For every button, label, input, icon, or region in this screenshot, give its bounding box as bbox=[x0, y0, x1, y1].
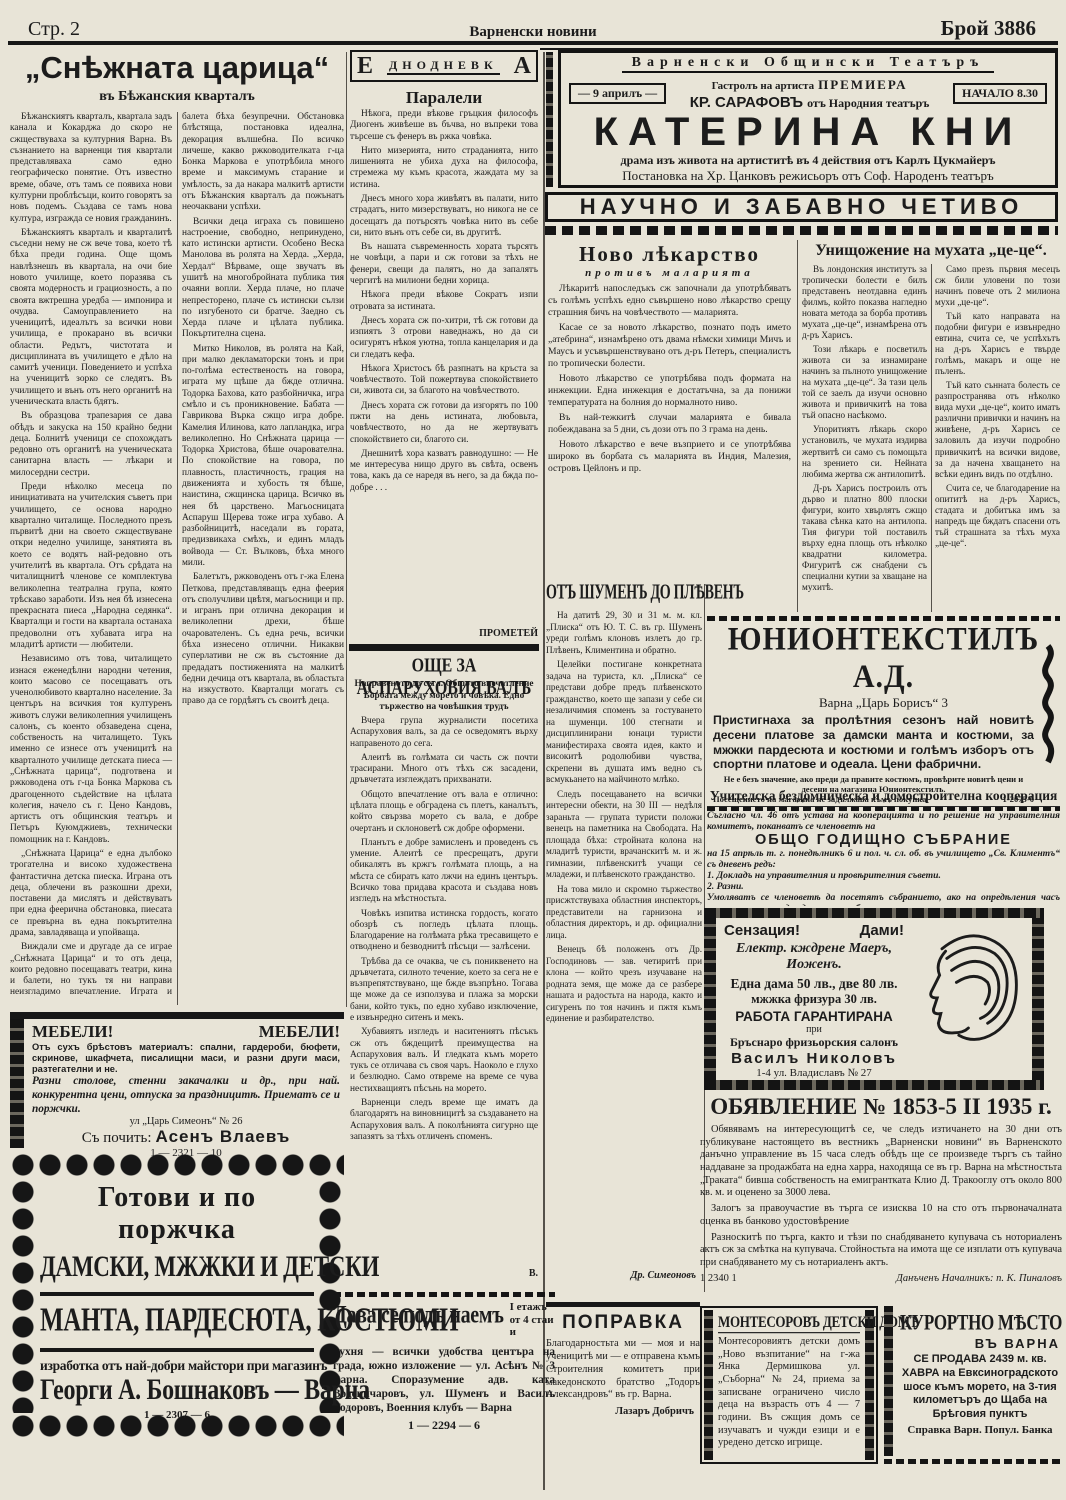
paragraph: Човѣкъ изпитва истинска гордость, когато… bbox=[350, 909, 538, 954]
paraleli-body: Нѣкога, преди вѣкове гръцкия философъ Ди… bbox=[350, 109, 538, 627]
boshnakov-name: Георги А. Бошнаковъ — Варна bbox=[40, 1374, 314, 1408]
coop-intro: Съгласно чл. 46 отъ устава на кооперация… bbox=[707, 810, 1060, 832]
boshnakov-line1: Готови и по поржчка bbox=[40, 1182, 314, 1246]
ednodnevka-box: Е ДНОДНЕВК А bbox=[350, 50, 538, 82]
paragraph: Д-ръ Харисъ построилъ отъ дърво и платно… bbox=[802, 483, 927, 593]
ednodnevka-letter-last: А bbox=[514, 53, 531, 80]
paragraph: Тъй като сънната болесть се разпространя… bbox=[935, 380, 1060, 479]
obyavlenie-body: Обявявамъ на интересующитѣ се, че следъ … bbox=[700, 1124, 1062, 1270]
article-snow-queen: „Снѣжната царица“ въ Бѣжанския кварталъ bbox=[10, 50, 344, 105]
montessori-body: Монтесоровиятъ детски домъ „Ново възпита… bbox=[718, 1336, 860, 1450]
coop-item2: 2. Разни. bbox=[707, 881, 1060, 892]
paragraph: Нѣкога Христосъ бѣ разпнатъ на кръста за… bbox=[350, 364, 538, 398]
paragraph: Днесъ хората сж по-хитри, тѣ сж готови д… bbox=[350, 316, 538, 361]
masthead: Варненски новини bbox=[0, 24, 1066, 41]
resort-body: СЕ ПРОДАВА 2439 м. кв. ХАВРА на Евксиног… bbox=[900, 1353, 1060, 1422]
paragraph: Трѣбва да се очаква, че съ пониквенето н… bbox=[350, 957, 538, 1025]
sensation-text: Сензация! Дами! Електр. кждрене Маеръ, И… bbox=[724, 922, 904, 1079]
popravka-section: ПОПРАВКА Благодарностьта ми — моя и на у… bbox=[546, 1312, 700, 1417]
paragraph: Въ най-тежкитѣ случаи маларията е бивала… bbox=[548, 412, 791, 436]
ednodnevka-middle: ДНОДНЕВК bbox=[387, 58, 500, 75]
issue-number: Брой 3886 bbox=[941, 16, 1036, 41]
paragraph: Балетътъ, ржководенъ отъ г-жа Елена Петк… bbox=[182, 572, 344, 707]
new-medicine-subtitle: противъ маларията bbox=[548, 267, 791, 279]
sensation-line5: при bbox=[724, 1024, 904, 1035]
paragraph: Касае се за новото лѣкарство, познато по… bbox=[548, 322, 791, 370]
theater-actor-suffix: отъ Народния театъръ bbox=[807, 96, 929, 110]
uniontextile-address: Варна „Царь Борисъ“ 3 bbox=[707, 695, 1060, 711]
resort-title: КУРОРТНО МѢСТО bbox=[900, 1310, 1060, 1336]
paragraph: Въ образцова трапезария се дава обѣдъ и … bbox=[10, 411, 172, 479]
divider bbox=[797, 240, 798, 612]
paragraph: Алеитѣ въ голѣмата си часть сж почти тра… bbox=[350, 753, 538, 787]
ad-border-top bbox=[10, 1152, 344, 1179]
ad-border-bottom bbox=[884, 1459, 1062, 1464]
divider bbox=[346, 52, 347, 1007]
ad-border-top bbox=[704, 908, 1044, 918]
boshnakov-ad: Готови и по поржчка ДАМСКИ, МЖЖКИ И ДЕТС… bbox=[10, 1152, 344, 1440]
sensation-line6: Бръснаро фризьорския салонъ bbox=[724, 1035, 904, 1050]
ad-border-right bbox=[865, 1310, 874, 1460]
paragraph: Независимо отъ това, читалището изнася е… bbox=[10, 654, 172, 846]
mebeli-ad: МЕБЕЛИ! МЕБЕЛИ! Отъ сухъ брѣстовъ матери… bbox=[10, 1012, 344, 1148]
theater-staging: Постановка на Хр. Цанковъ режисьоръ отъ … bbox=[569, 168, 1047, 184]
coop-when: на 15 апрѣль т. г. понедѣлникъ 6 и пол. … bbox=[707, 848, 1060, 870]
paragraph: Всички деца играха съ повишено настроени… bbox=[182, 217, 344, 341]
shumen-body: На датитѣ 29, 30 и 31 м. м. кл. „Плиска“… bbox=[546, 610, 702, 1270]
ad-border-left bbox=[10, 1019, 24, 1148]
new-medicine-body: Лѣкаритѣ напоследъкъ сж започнали да упо… bbox=[548, 283, 791, 573]
resort-contact: Справка Варн. Попул. Банка bbox=[900, 1424, 1060, 1436]
paragraph: На това мило и скромно тържество присжтс… bbox=[546, 884, 702, 942]
coop-outro: Умоляватъ се членоветѣ да посетятъ събра… bbox=[707, 892, 1060, 906]
coop-item1: 1. Докладъ на управителния и провѣрителн… bbox=[707, 870, 1060, 881]
theater-premiere: ПРЕМИЕРА bbox=[818, 77, 907, 92]
uniontextile-title: ЮНИОНТЕКСТИЛЪ А.Д. bbox=[707, 621, 1060, 696]
paragraph: Нито мизерията, нито страданията, нито л… bbox=[350, 146, 538, 191]
teachers-coop-notice: Учителска бездомническа и домостроителна… bbox=[707, 788, 1060, 906]
obyavlenie-signature: Данъченъ Началникъ: п. К. Пиналовъ bbox=[896, 1273, 1062, 1284]
ednodnevka-letter-first: Е bbox=[357, 53, 373, 80]
article-snow-queen-body: Бѣжанскиятъ кварталъ, квартала задъ кана… bbox=[10, 112, 344, 1005]
boshnakov-line4: изработка отъ най-добри майстори при маг… bbox=[40, 1358, 314, 1374]
ad-border-left bbox=[704, 918, 716, 1080]
banner-checker-strip bbox=[545, 226, 1058, 235]
science-banner: НАУЧНО И ЗАБАВНО ЧЕТИВО bbox=[545, 192, 1058, 222]
newspaper-page: Стр. 2 Варненски новини Брой 3886 „Снѣжн… bbox=[0, 0, 1066, 1500]
paraleli-signature: ПРОМЕТЕЙ bbox=[350, 628, 544, 639]
ad-rule bbox=[40, 1292, 314, 1296]
paragraph: Преди нѣколко месеца по инициативата на … bbox=[10, 482, 172, 651]
article-tsetse: Унищожение на мухата „це-це“. Въ лондонс… bbox=[802, 242, 1060, 612]
paragraph: Бѣжанскиятъ кварталъ, квартала задъ кана… bbox=[10, 112, 172, 225]
obyavlenie-title: ОБЯВЛЕНИЕ № 1853-5 II 1935 г. bbox=[700, 1094, 1062, 1120]
sensation-word1: Сензация! bbox=[724, 922, 800, 939]
sensation-name: Василъ Николовъ bbox=[724, 1050, 904, 1067]
paragraph: Планътъ е добре замисленъ и проведенъ съ… bbox=[350, 838, 538, 906]
theater-ad: Варненски Общински Театъръ — 9 априлъ — … bbox=[558, 50, 1058, 188]
boshnakov-line2: ДАМСКИ, МЖЖКИ И ДЕТСКИ bbox=[40, 1250, 314, 1284]
boshnakov-ref: 1 — 2307 — 6 bbox=[40, 1409, 314, 1421]
paragraph: Този лѣкарь е посветилъ живота си за изн… bbox=[802, 344, 927, 421]
boshnakov-content: Готови и по поржчка ДАМСКИ, МЖЖКИ И ДЕТС… bbox=[40, 1182, 314, 1421]
theater-play-title: КАТЕРИНА КНИ bbox=[569, 112, 1047, 152]
paragraph: Варненци следъ време ще иматъ да благода… bbox=[350, 1098, 538, 1143]
paragraph: Обявявамъ на интересующитѣ се, че следъ … bbox=[700, 1124, 1062, 1200]
article-new-medicine: Ново лѣкарство противъ маларията Лѣкарит… bbox=[548, 242, 791, 573]
uniontextile-ad: ЮНИОНТЕКСТИЛЪ А.Д. Варна „Царь Борисъ“ 3… bbox=[707, 616, 1060, 782]
for-rent-ref: 1 — 2294 — 6 bbox=[333, 1418, 555, 1433]
paragraph: Новото лѣкарство е вече възприето и се у… bbox=[548, 439, 791, 475]
paragraph: Нѣкога преди вѣкове Сократъ изпи отроват… bbox=[350, 290, 538, 313]
mebeli-address: ул „Царь Симеонъ“ № 26 bbox=[32, 1116, 340, 1127]
obyavlenie-section: ОБЯВЛЕНИЕ № 1853-5 II 1935 г. Обявявамъ … bbox=[700, 1094, 1062, 1284]
ad-rule bbox=[40, 1348, 314, 1352]
asparuhov-body: Вчера група журналисти посетиха Аспарухо… bbox=[350, 716, 538, 1268]
montessori-ad: МОНТЕСОРОВЪ ДЕТСКИ ДОМЪ Монтесоровиятъ д… bbox=[700, 1306, 878, 1464]
ad-border-left bbox=[884, 1306, 893, 1456]
paragraph: Днесъ много хора живѣятъ въ палати, нито… bbox=[350, 194, 538, 239]
for-rent-title-side: I етажъ от 4 стаи и bbox=[510, 1301, 555, 1339]
article-subtitle: въ Бѣжанския кварталъ bbox=[10, 89, 344, 105]
ad-border-top bbox=[333, 1292, 555, 1297]
popravka-body: Благодарностьта ми — моя и на ученицитѣ … bbox=[546, 1338, 700, 1402]
obyavlenie-ref: 1 2340 1 bbox=[700, 1273, 737, 1284]
paragraph: Бѣжанскиятъ кварталъ и кварталитѣ съседн… bbox=[10, 228, 172, 409]
mebeli-line2: Разни столове, стенни закачалки и др., п… bbox=[32, 1075, 340, 1116]
sensation-word2: Дами! bbox=[860, 922, 904, 939]
mebeli-line1: Отъ сухъ брѣстовъ материалъ: спални, гар… bbox=[32, 1042, 340, 1075]
paragraph: Лѣкаритѣ напоследъкъ сж започнали да упо… bbox=[548, 283, 791, 319]
tsetse-title: Унищожение на мухата „це-це“. bbox=[802, 242, 1060, 260]
paragraph: Въ лондонския институтъ за тропически бо… bbox=[802, 264, 927, 341]
sensation-address: 1-4 ул. Владиславъ № 27 bbox=[724, 1067, 904, 1079]
paraleli-title: Паралели bbox=[350, 88, 538, 108]
paragraph: Тъй като направата на подобни фигури е и… bbox=[935, 311, 1060, 377]
ad-border-right bbox=[1032, 918, 1044, 1080]
theater-actor: КР. САРАФОВЪ bbox=[690, 94, 803, 111]
rope-ornament-icon bbox=[1038, 644, 1058, 764]
coop-meeting: ОБЩО ГОДИЩНО СЪБРАНИЕ bbox=[707, 832, 1060, 848]
paragraph: Целейки постигане конкретната задача на … bbox=[546, 659, 702, 786]
mebeli-name: Асенъ Влаевъ bbox=[156, 1127, 291, 1146]
paragraph: Въ нашата съвременность хората търсятъ н… bbox=[350, 242, 538, 287]
shumen-title: ОТЪ ШУМЕНЪ ДО ПЛѢВЕНЪ bbox=[546, 582, 702, 606]
paragraph: Нѣкога, преди вѣкове гръцкия философъ Ди… bbox=[350, 109, 538, 143]
paragraph: Упоритиятъ лѣкарь скоро установилъ, че м… bbox=[802, 424, 927, 479]
theater-play-desc: драма изъ живота на артиститѣ въ 4 дейст… bbox=[569, 153, 1047, 168]
article-shumen-pleven: ОТЪ ШУМЕНЪ ДО ПЛѢВЕНЪ На датитѣ 29, 30 и… bbox=[546, 582, 702, 1281]
theater-date: — 9 априлъ — bbox=[569, 83, 666, 104]
paragraph: Счита се, че благодарение на опититѣ на … bbox=[935, 483, 1060, 549]
theater-ad-edge bbox=[546, 52, 553, 187]
popravka-title: ПОПРАВКА bbox=[546, 1312, 700, 1334]
coop-title: Учителска бездомническа и домостроителна… bbox=[707, 788, 1060, 807]
asparuhov-subtitle: Направеното до сега. Общото впечатление … bbox=[349, 679, 539, 714]
paragraph: Разноскитѣ по търга, както и тѣзи по сна… bbox=[700, 1232, 1062, 1270]
theater-start-time: НАЧАЛО 8.30 bbox=[953, 83, 1047, 104]
ad-border-top bbox=[10, 1012, 344, 1019]
paragraph: Новото лѣкарство се употрѣбява подъ форм… bbox=[548, 373, 791, 409]
ad-border-left bbox=[704, 1310, 713, 1460]
section-rule bbox=[349, 644, 539, 651]
sensation-line1: Електр. кждрене Маеръ, Иоженъ. bbox=[724, 941, 904, 973]
paragraph: Митко Николов, въ ролята на Кай, при мал… bbox=[182, 344, 344, 570]
tsetse-body: Въ лондонския институтъ за тропически бо… bbox=[802, 264, 1060, 612]
theater-venue: Варненски Общински Театъръ bbox=[622, 55, 995, 73]
popravka-signature: Лазаръ Добричъ bbox=[546, 1406, 700, 1417]
paragraph: „Снѣжната Царица“ е една дълбоко трогате… bbox=[10, 849, 172, 939]
mebeli-respect: Съ почить: bbox=[82, 1130, 152, 1146]
woman-profile-illustration bbox=[906, 922, 1026, 1074]
article-title: „Снѣжната царица“ bbox=[10, 50, 344, 86]
shumen-signature: Др. Симеоновъ bbox=[546, 1270, 702, 1281]
sensation-ad: Сензация! Дами! Електр. кждрене Маеръ, И… bbox=[704, 908, 1044, 1090]
resort-ad: КУРОРТНО МѢСТО ВЪ ВАРНА СЕ ПРОДАВА 2439 … bbox=[884, 1306, 1062, 1466]
paragraph: Хубавиятъ изгледъ и наситениятъ пѣсъкъ с… bbox=[350, 1027, 538, 1095]
theater-gastrol: Гастролъ на артиста bbox=[712, 80, 814, 92]
paragraph: Общото впечатление отъ вала е отлично: ц… bbox=[350, 790, 538, 835]
sensation-line4: РАБОТА ГАРАНТИРАНА bbox=[724, 1009, 904, 1024]
paragraph: Вчера група журналисти посетиха Аспарухо… bbox=[350, 716, 538, 750]
paragraph: Венецъ бѣ положенъ отъ Др. Господиновъ —… bbox=[546, 944, 702, 1025]
ad-border-bottom bbox=[704, 1080, 1044, 1090]
section-rule bbox=[546, 1302, 700, 1307]
mebeli-title-right: МЕБЕЛИ! bbox=[259, 1022, 340, 1042]
asparuhov-signature: В. bbox=[350, 1268, 544, 1279]
paragraph: Само презъ първия месецъ сж били уловени… bbox=[935, 264, 1060, 308]
resort-subtitle: ВЪ ВАРНА bbox=[900, 1336, 1060, 1351]
paragraph: Залогъ за правоучастие въ търга се изиск… bbox=[700, 1203, 1062, 1228]
paragraph: На датитѣ 29, 30 и 31 м. м. кл. „Плиска“… bbox=[546, 610, 702, 656]
boshnakov-line3: МАНТА, ПАРДЕСЮТА, КОСТЮМИ bbox=[40, 1302, 314, 1340]
mebeli-title-left: МЕБЕЛИ! bbox=[32, 1022, 113, 1042]
paragraph: Днешнитѣ хора казватъ равнодушно: — Не м… bbox=[350, 449, 538, 494]
new-medicine-title: Ново лѣкарство bbox=[548, 242, 791, 267]
uniontextile-body: Пристигнаха за пролѣтния сезонъ най нови… bbox=[707, 711, 1060, 772]
montessori-title: МОНТЕСОРОВЪ ДЕТСКИ ДОМЪ bbox=[718, 1312, 860, 1333]
sensation-line3: мжжка фризура 30 лв. bbox=[724, 992, 904, 1007]
paragraph: Следъ посещаването на всички интересни о… bbox=[546, 789, 702, 881]
header-rule bbox=[8, 41, 1058, 45]
ad-border-left bbox=[10, 1179, 37, 1413]
sensation-line2: Една дама 50 лв., две 80 лв. bbox=[724, 976, 904, 992]
paragraph: Днесъ хората сж готови да изгорятъ по 10… bbox=[350, 401, 538, 446]
